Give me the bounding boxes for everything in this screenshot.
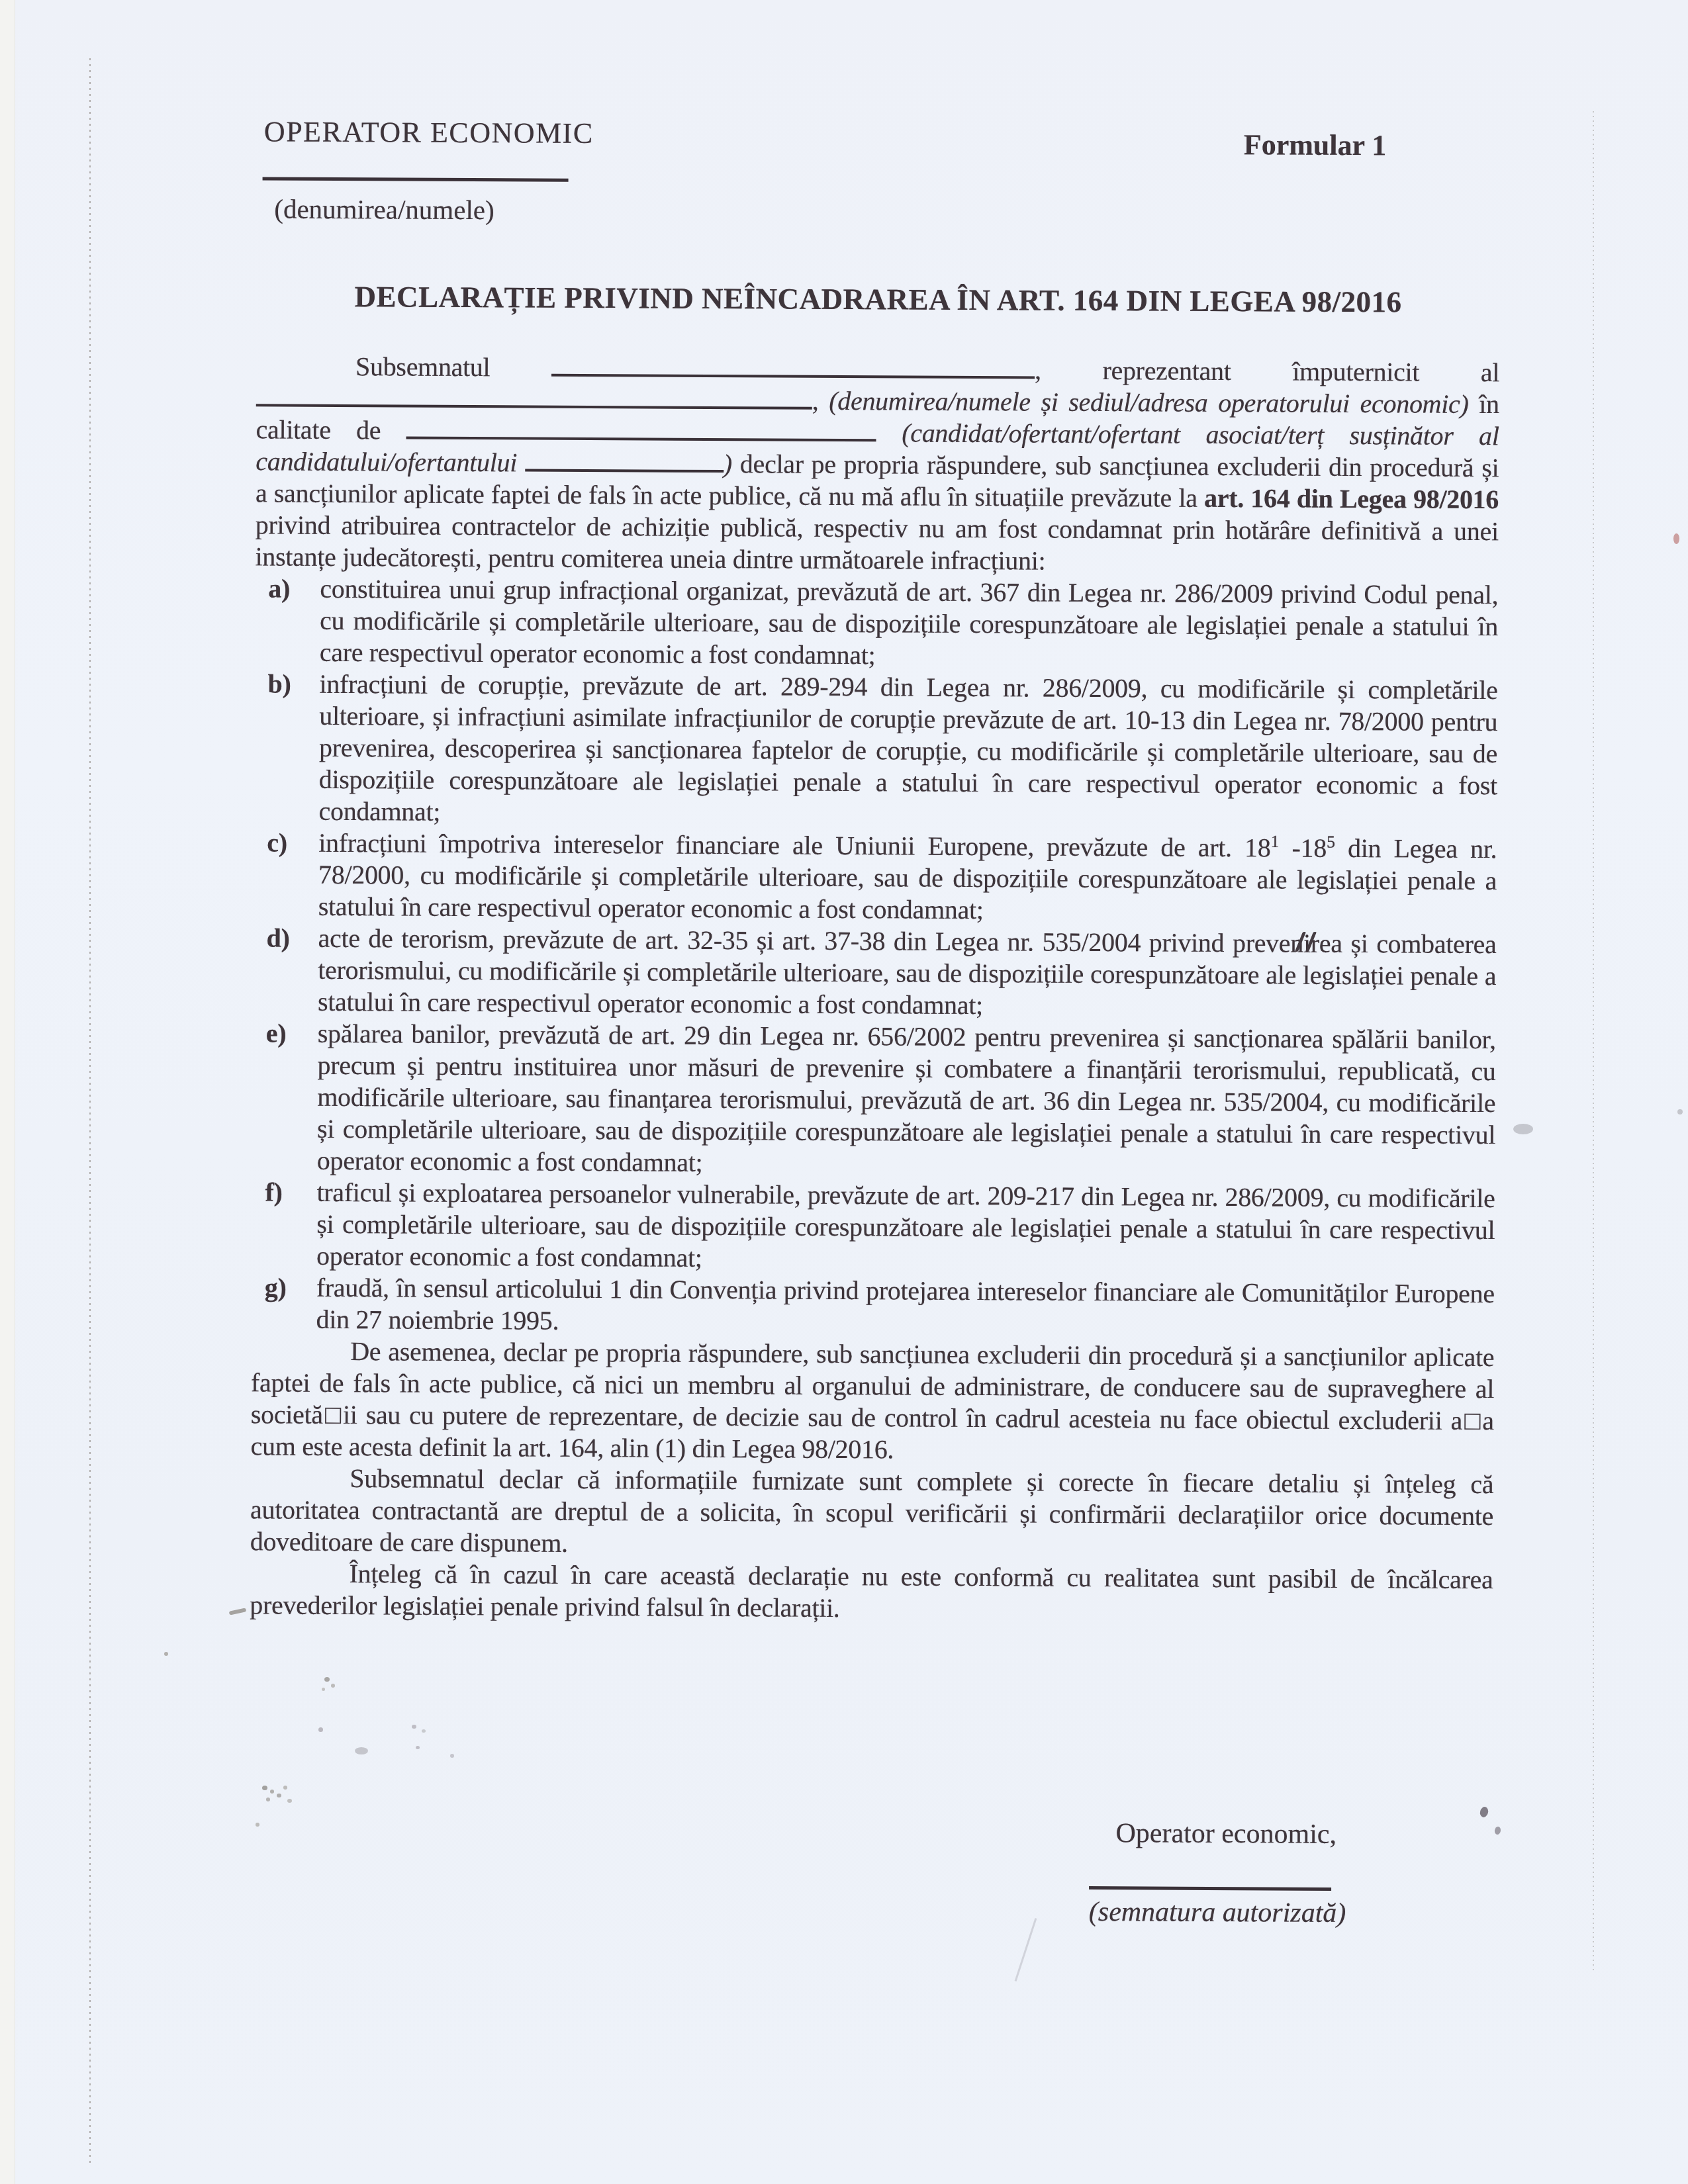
list-text-e: spălarea banilor, prevăzută de art. 29 d…: [317, 1019, 1496, 1177]
list-text-f: traficul și exploatarea persoanelor vuln…: [316, 1177, 1495, 1273]
ink-fleck: [1494, 1826, 1501, 1835]
blank-field-ofertant: [525, 467, 724, 473]
scan-fold-line-right: [1593, 111, 1594, 1971]
intro-after-blank1: , reprezentant împuternicit al: [1035, 355, 1499, 388]
list-text-c-part2: -18: [1279, 833, 1327, 862]
scan-speck: [262, 1786, 267, 1790]
operator-economic-heading: OPERATOR ECONOMIC: [264, 114, 594, 150]
scan-speck: [322, 1688, 325, 1691]
intro-italic-denumirea: (denumirea/numele și sediul/adresa opera…: [829, 386, 1468, 419]
list-item-c: c)infracțiuni împotriva intereselor fina…: [254, 827, 1497, 929]
scan-speck: [270, 1790, 274, 1794]
intro-law-reference-bold: art. 164 din Legea 98/2016: [1204, 483, 1499, 514]
list-text-b: infracțiuni de corupție, prevăzute de ar…: [318, 669, 1497, 827]
blank-field-calitate: [406, 435, 876, 442]
list-text-g: fraudă, în sensul articolului 1 din Conv…: [316, 1273, 1494, 1336]
scan-fold-line-left: [89, 58, 91, 2163]
signature-underline: [1089, 1886, 1331, 1891]
scan-speck: [256, 1823, 259, 1827]
superscript-1: 1: [1271, 832, 1280, 851]
scan-speck: [277, 1794, 281, 1797]
blank-field-company: [256, 402, 812, 409]
list-marker-b: b): [267, 668, 291, 700]
scan-speck: [229, 1608, 247, 1615]
intro-declar-post: privind atribuirea contractelor de achiz…: [255, 510, 1498, 575]
document-body: Subsemnatul , reprezentant împuternicit …: [248, 350, 1499, 1930]
signature-label: Operator economic,: [1089, 1817, 1374, 1850]
list-marker-f: f): [265, 1176, 282, 1208]
intro-subsemnatul: Subsemnatul: [355, 351, 491, 382]
scan-speck: [324, 1677, 330, 1682]
scan-left-edge-strip: [0, 0, 15, 2184]
signature-caption: (semnatura autorizată): [1089, 1896, 1374, 1929]
list-marker-a: a): [268, 572, 290, 604]
superscript-5: 5: [1327, 833, 1335, 852]
scan-speck: [318, 1727, 323, 1732]
list-marker-g: g): [265, 1271, 287, 1303]
list-item-g: g)fraudă, în sensul articolului 1 din Co…: [251, 1271, 1494, 1342]
intro-paragraph: Subsemnatul , reprezentant împuternicit …: [255, 350, 1499, 579]
closing-paragraph-3: Înțeleg că în cazul în care această decl…: [250, 1557, 1493, 1627]
document-page: OPERATOR ECONOMIC Formular 1 (denumirea/…: [0, 0, 1688, 5]
list-marker-d: d): [266, 922, 289, 954]
list-text-c-part1: infracțiuni împotriva intereselor financ…: [318, 828, 1271, 863]
scan-speck: [287, 1799, 292, 1803]
blank-field-name: [551, 373, 1035, 379]
operator-name-underline: [263, 177, 569, 181]
scanned-declaration-page: { "document": { "header": { "operator_ec…: [0, 0, 1688, 2184]
list-item-b: b)infracțiuni de corupție, prevăzute de …: [254, 668, 1497, 833]
scan-speck: [266, 1797, 270, 1801]
scan-speck: [412, 1725, 416, 1729]
signature-block: Operator economic, (semnatura autorizată…: [1089, 1817, 1374, 1929]
closing-paragraph-2: Subsemnatul declar că informațiile furni…: [250, 1462, 1494, 1564]
closing-paragraph-1: De asemenea, declar pe propria răspunder…: [250, 1335, 1494, 1469]
list-item-a: a)constituirea unui grup infracțional or…: [255, 572, 1499, 674]
handwritten-tick-marks: [1299, 932, 1320, 955]
offence-list: a)constituirea unui grup infracțional or…: [251, 572, 1498, 1342]
list-item-f: f)traficul și exploatarea persoanelor vu…: [252, 1176, 1495, 1278]
scan-speck: [416, 1746, 420, 1749]
scan-speck: [164, 1652, 168, 1656]
scan-smudge: [355, 1747, 368, 1754]
scan-speck: [1677, 1109, 1683, 1115]
document-title: DECLARAȚIE PRIVIND NEÎNCADRAREA ÎN ART. …: [257, 279, 1500, 320]
list-marker-e: e): [266, 1017, 287, 1049]
scan-speck: [283, 1786, 287, 1790]
scan-speck: [331, 1684, 335, 1688]
scan-speck: [422, 1729, 426, 1733]
denumirea-numele-caption: (denumirea/numele): [274, 193, 494, 226]
scan-speck: [450, 1754, 454, 1758]
scan-smudge: [1513, 1124, 1533, 1134]
scan-speck: [1673, 533, 1679, 544]
intro-after-blank2: ,: [812, 386, 829, 416]
list-item-e: e)spălarea banilor, prevăzută de art. 29…: [252, 1017, 1496, 1183]
intro-italic-close-paren: ): [724, 449, 732, 478]
list-text-a: constituirea unui grup infracțional orga…: [320, 574, 1499, 670]
list-marker-c: c): [267, 827, 287, 858]
formular-number-label: Formular 1: [1244, 128, 1387, 162]
